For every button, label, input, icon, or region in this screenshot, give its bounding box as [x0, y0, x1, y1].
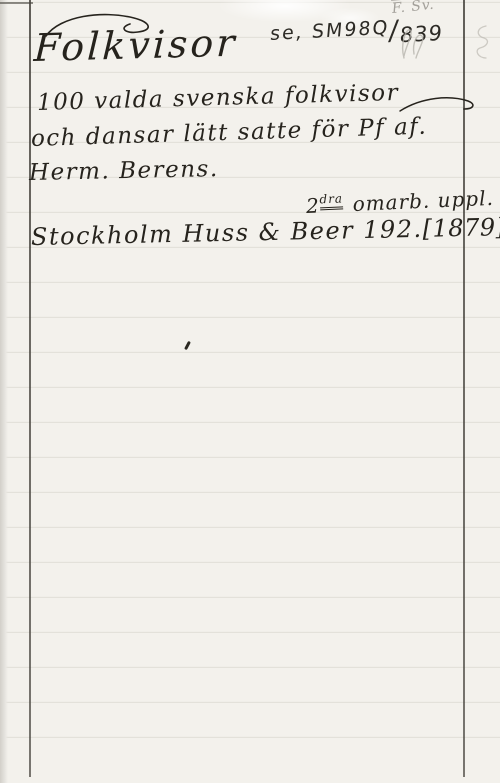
catalog-card-scan: Folkvisor se, SM98Q/839 F. Sv. 100 valda… — [0, 0, 500, 783]
card-title: Folkvisor — [33, 21, 238, 70]
body-line-1: 100 valda svenska folkvisor — [37, 80, 400, 116]
edition-superscript: dra — [319, 191, 343, 210]
card-left-edge — [0, 0, 8, 783]
margin-rule-left — [29, 0, 31, 777]
pencil-scribble — [396, 24, 428, 62]
shelfmark-prefix: se, SM98Q — [269, 17, 390, 45]
edition-rest: omarb. uppl. — [352, 186, 494, 216]
imprint-line: Stockholm Huss & Beer 192.[1879] — [31, 213, 500, 251]
ink-speck — [184, 341, 191, 350]
imprint-year: [1879] — [422, 213, 500, 243]
imprint-text: Stockholm Huss & Beer 192. — [31, 215, 423, 251]
body-line-3: Herm. Berens. — [29, 156, 219, 186]
edition-number: 2 — [305, 193, 320, 218]
body-line-2: och dansar lätt satte för Pf af. — [31, 114, 428, 152]
pencil-scribble-edge — [472, 22, 494, 64]
